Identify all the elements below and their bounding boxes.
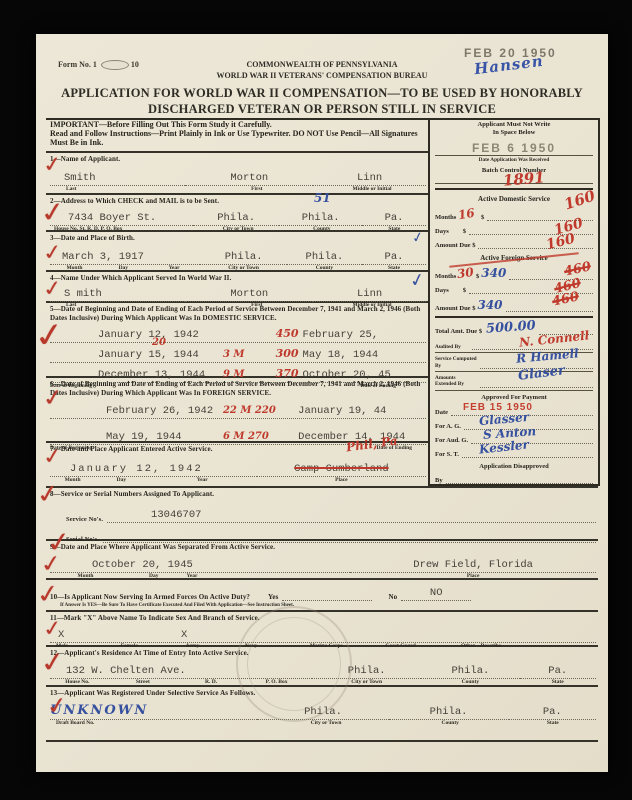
domestic-amount-due-row: Amount Due $ 160 [435,239,593,249]
yes-label: Yes [268,593,278,601]
domestic-begin-1: January 12, 1942 [50,329,199,341]
approved-heading: Approved For Payment [435,394,593,402]
blue-foreign-340: 340 [481,266,506,280]
domestic-begin-2: January 15, 1944 [50,349,199,361]
form-title-line-2: DISCHARGED VETERAN OR PERSON STILL IN SE… [36,102,608,117]
entered-date: January 12, 1942 [50,463,203,475]
section-2-address: 2—Address to Which CHECK and MAIL is to … [46,195,428,232]
section-3-birth: 3—Date and Place of Birth. March 3, 1917… [46,232,428,272]
residence-city: Phila. [348,665,386,677]
section-1-label: 1—Name of Applicant. [50,155,426,163]
served-middle: Linn [357,288,382,300]
col-state: State [510,720,596,726]
col-year: Year [148,265,201,271]
service-number-value: 13046707 [107,509,201,521]
screenshot-root: { "header": { "form_no": "Form No. 1", "… [0,0,632,800]
address-state: Pa. [385,212,404,224]
address-city: Phila. [217,212,255,224]
section-8-label: 8—Service or Serial Numbers Assigned To … [50,490,596,498]
foreign-begin-2: May 19, 1944 [50,431,182,443]
entered-place: Camp Cumberland [294,463,389,475]
birth-date: March 3, 1917 [50,251,144,263]
section-4-label: 4—Name Under Which Applicant Served In W… [50,274,426,282]
col-last: Last [50,186,196,192]
name-middle: Linn [357,172,382,184]
red-check-s1: ✓ [41,151,64,178]
no-write-line-2: In Space Below [435,129,593,137]
red-check-s7: ✓ [41,443,64,470]
red-check-s8: ✓ [34,478,62,510]
foreign-end-1: January 19, 44 [298,405,386,417]
col-draft-board: Draft Board No. [50,720,261,726]
col-year: Year [186,573,350,579]
red-check-s4: ✓ [41,275,64,302]
separation-place: Drew Field, Florida [413,559,533,571]
section-5-label: 5—Date of Beginning and Date of Ending o… [50,305,426,323]
col-county: County [421,679,519,685]
birth-city: Phila. [225,251,263,263]
no-write-line-1: Applicant Must Not Write [435,121,593,129]
selective-county: Phila. [430,706,468,718]
section-9-label: 9—Date and Place Where Applicant Was Sep… [50,543,596,551]
col-house-no: House No. [50,679,105,685]
received-caption: Date Application Was Received [435,155,593,163]
left-column: IMPORTANT—Before Filling Out This Form S… [46,118,428,486]
blue-note-51: 51 [314,191,331,205]
residence-county: Phila. [451,665,489,677]
foreign-service-heading: Active Foreign Service [435,254,593,262]
scanned-form-page: Form No. 1 10 COMMONWEALTH OF PENNSYLVAN… [36,34,608,772]
section-6-foreign-service: 6—Date of Beginning and Date of Ending o… [46,378,428,443]
red-amount-450: 450 [276,327,299,340]
disapproved-heading: Application Disapproved [435,463,593,471]
name-first: Morton [230,172,268,184]
section-2-label: 2—Address to Which CHECK and MAIL is to … [50,197,426,205]
section-8-service-numbers: 8—Service or Serial Numbers Assigned To … [46,486,598,541]
yes-blank [282,591,372,601]
red-check-s13: ✓ [45,692,70,720]
served-first: Morton [230,288,268,300]
red-foreign-months: 30 [456,265,474,281]
col-county: County [391,720,510,726]
red-check-s5: ✓ [31,314,68,357]
residence-street: 132 W. Chelten Ave. [50,665,186,677]
service-nos-label: Service No's. [50,516,103,523]
computed-by-row: Service Computed By R Hamell [435,356,593,369]
batch-number: 1891 [502,168,545,191]
col-state: State [520,679,596,685]
section-5-domestic-service: 5—Date of Beginning and Date of Ending o… [46,303,428,378]
for-st-row: For S. T. Kessler [435,448,593,458]
blue-foreign-due-340: 340 [477,298,502,312]
form-title-line-1: APPLICATION FOR WORLD WAR II COMPENSATIO… [36,86,608,101]
col-city: City or Town [200,265,286,271]
red-check-s9b: ✓ [39,550,64,578]
embossed-seal [236,606,352,722]
birth-county: Phila. [306,251,344,263]
red-check-s6: ✓ [41,384,66,412]
section-10-note: If Answer Is YES—Be Sure To Have Certifi… [50,603,596,608]
col-place: Place [350,573,596,579]
received-date-stamp: FEB 6 1950 [435,141,593,155]
important-line-1: IMPORTANT—Before Filling Out This Form S… [50,120,426,129]
red-amount-300: 300 [276,347,299,360]
important-line-2: Read and Follow Instructions—Print Plain… [50,129,426,147]
section-10-label: 10—Is Applicant Now Serving In Armed For… [50,593,250,601]
red-check-s10: ✓ [34,578,62,610]
foreign-amount-due-row: Amount Due $ 340 460 [435,298,593,312]
col-county: County [287,265,362,271]
disapproved-by-row: By [435,474,593,484]
red-check-s2: ✓ [38,196,68,230]
important-notice: IMPORTANT—Before Filling Out This Form S… [46,118,428,153]
domestic-service-heading: Active Domestic Service 160 [435,195,593,203]
col-first: First [196,186,318,192]
selective-state: Pa. [543,706,562,718]
extended-by-row: Amounts Extended By Glaser [435,375,593,388]
separation-date: October 20, 1945 [50,559,193,571]
red-note-6m270: 6 M 270 [223,431,269,442]
residence-state: Pa. [548,665,567,677]
address-county: Phila. [302,212,340,224]
section-6-label: 6—Date of Beginning and Date of Ending o… [50,380,426,398]
section-10-active-duty: 10—Is Applicant Now Serving In Armed For… [46,580,598,612]
section-9-separation: 9—Date and Place Where Applicant Was Sep… [46,541,598,580]
domestic-end-2: May 18, 1944 [303,349,379,361]
section-7-entered-service: 7—Date and Place Applicant Entered Activ… [46,443,428,486]
red-domestic-months: 16 [457,206,476,223]
col-day: Day [121,573,187,579]
x-army: X [181,629,187,641]
foreign-begin-1: February 26, 1942 [50,405,213,417]
col-rd: R. D. [181,679,241,685]
col-city: City or Town [261,720,391,726]
red-check-s11: ✓ [41,615,64,642]
red-note-22m220: 22 M 220 [223,405,276,416]
section-3-label: 3—Date and Place of Birth. [50,234,426,242]
birth-state: Pa. [385,251,404,263]
col-year: Year [148,477,257,483]
domestic-end-1: February 25, [303,329,379,341]
col-day: Day [95,477,148,483]
col-month: Month [50,265,99,271]
no-value: NO [430,587,443,599]
col-middle: Middle or Initial [318,186,426,192]
red-check-s3: ✓ [41,239,64,266]
section-4-service-name: 4—Name Under Which Applicant Served In W… [46,272,428,303]
col-street: Street [105,679,181,685]
red-months-3m: 3 M [223,349,245,360]
red-check-s12: ✓ [38,646,68,680]
batch-row: Batch Control Number 1891 [435,167,593,175]
section-1-name: 1—Name of Applicant. Smith Morton Linn L… [46,153,428,195]
no-label: No [388,593,397,601]
col-day: Day [99,265,148,271]
office-use-box: Applicant Must Not Write In Space Below … [428,118,600,486]
col-place: Place [257,477,426,483]
